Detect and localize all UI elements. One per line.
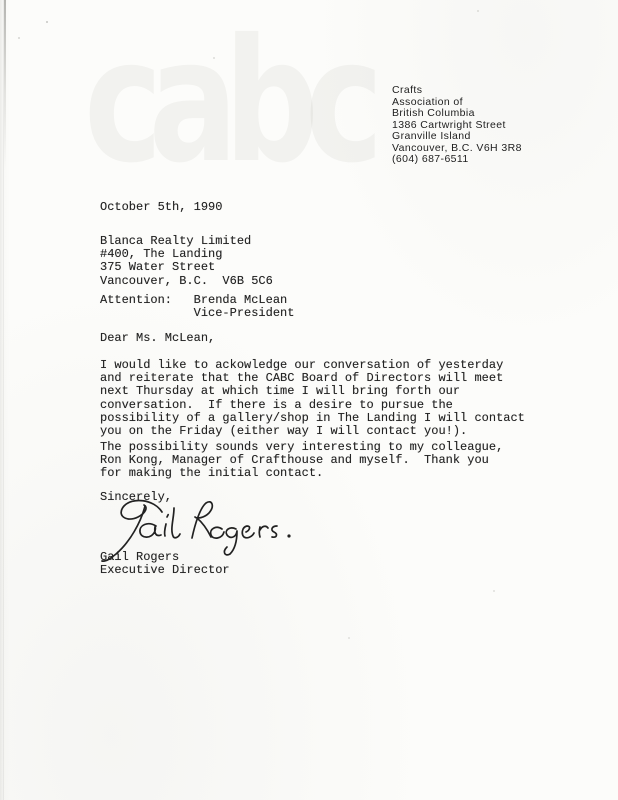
letterhead-address-block: Crafts Association of British Columbia 1… bbox=[392, 85, 522, 166]
signer-name-and-title: Gail Rogers Executive Director bbox=[100, 551, 230, 577]
body-paragraph-1: I would like to ackowledge our conversat… bbox=[100, 359, 525, 438]
scan-artifact-speck bbox=[18, 37, 20, 39]
letterhead-line: British Columbia bbox=[392, 108, 522, 120]
scan-artifact-speck bbox=[46, 21, 48, 23]
salutation: Dear Ms. McLean, bbox=[100, 332, 215, 345]
letterhead-line: Granville Island bbox=[392, 131, 522, 143]
letterhead-line: Crafts bbox=[392, 85, 522, 97]
body-paragraph-2: The possibility sounds very interesting … bbox=[100, 441, 503, 481]
cabc-logo-watermark: cabc bbox=[84, 22, 369, 182]
recipient-address-block: Blanca Realty Limited #400, The Landing … bbox=[100, 235, 273, 288]
letterhead-line: (604) 687-6511 bbox=[392, 154, 522, 166]
scan-artifact-speck bbox=[477, 10, 479, 12]
scan-artifact-edge-shade bbox=[3, 0, 4, 800]
letter-date: October 5th, 1990 bbox=[100, 201, 222, 214]
letter-page: cabc Crafts Association of British Colum… bbox=[0, 0, 618, 800]
attention-line: Attention: Brenda McLean Vice-President bbox=[100, 294, 294, 320]
scan-artifact-edge-line bbox=[4, 0, 6, 170]
scan-artifact-speck bbox=[213, 57, 215, 59]
scan-artifact-speck bbox=[493, 590, 495, 592]
scan-artifact-speck bbox=[348, 637, 350, 639]
